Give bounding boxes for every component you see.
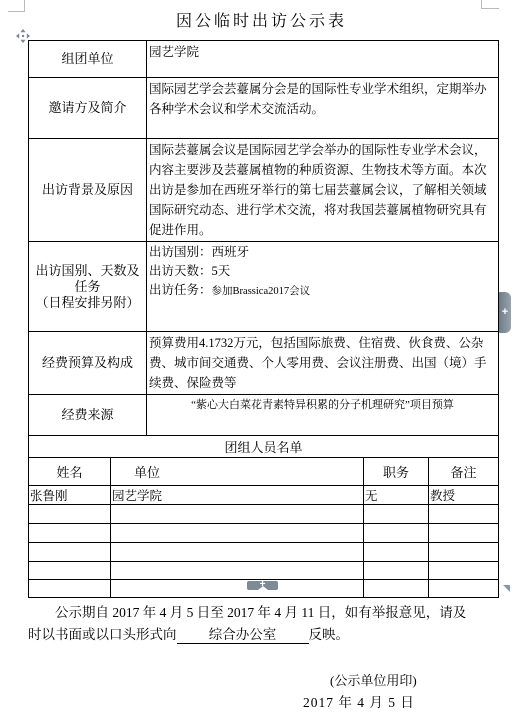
visit-value: 出访国别：西班牙 出访天数：5天 出访任务：参加Brassica2017会议: [147, 242, 499, 332]
visit-task-line: 出访任务：参加Brassica2017会议: [149, 281, 496, 301]
visit-country-label: 出访国别：: [149, 245, 212, 259]
row-background: 出访背景及原因 国际芸薹属会议是国际园艺学会举办的国际性专业学术会议，内容主要涉…: [29, 139, 499, 242]
visit-days-line: 出访天数：5天: [149, 262, 496, 281]
row-visit-details: 出访国别、天数及 任务 （日程安排另附） 出访国别：西班牙 出访天数：5天 出访…: [29, 242, 499, 332]
personnel-title: 团组人员名单: [29, 436, 499, 458]
visit-label-line2: 任务: [29, 279, 146, 295]
visit-country-value: 西班牙: [212, 245, 250, 259]
visit-task-value: 参加Brassica2017会议: [212, 286, 311, 297]
header-name: 姓名: [29, 458, 111, 486]
table-resize-handle-icon[interactable]: [503, 585, 510, 592]
empty-row: [29, 524, 499, 543]
visit-days-label: 出访天数：: [149, 264, 212, 278]
visit-label: 出访国别、天数及 任务 （日程安排另附）: [29, 242, 147, 332]
group-unit-value: 园艺学院: [147, 41, 499, 78]
person-position: 无: [364, 486, 429, 505]
document-date: 2017 年 4 月 5 日: [303, 691, 415, 711]
header-position: 职务: [364, 458, 429, 486]
funding-label: 经费来源: [29, 395, 147, 436]
budget-label: 经费预算及构成: [29, 332, 147, 395]
visit-label-line3: （日程安排另附）: [29, 295, 146, 311]
row-personnel-title: 团组人员名单: [29, 436, 499, 458]
budget-value: 预算费用4.1732万元，包括国际旅费、住宿费、伙食费、公杂费、城市间交通费、个…: [147, 332, 499, 395]
row-budget: 经费预算及构成 预算费用4.1732万元，包括国际旅费、住宿费、伙食费、公杂费、…: [29, 332, 499, 395]
document-page: 因公临时出访公示表 组团单位 园艺学院 邀请方及简介 国际园艺学会芸薹属分会是的…: [0, 0, 523, 714]
row-group-unit: 组团单位 园艺学院: [29, 41, 499, 78]
background-value: 国际芸薹属会议是国际园艺学会举办的国际性专业学术会议，内容主要涉及芸薹属植物的种…: [147, 139, 499, 242]
notice-paragraph: 公示期自 2017 年 4 月 5 日至 2017 年 4 月 11 日，如有举…: [28, 602, 496, 646]
empty-row: [29, 543, 499, 562]
notice-line2-suffix: 反映。: [309, 627, 350, 642]
group-unit-label: 组团单位: [29, 41, 147, 78]
page-title: 因公临时出访公示表: [0, 8, 523, 31]
person-unit: 园艺学院: [111, 486, 364, 505]
inviter-value: 国际园艺学会芸薹属分会是的国际性专业学术组织，定期举办各种学术会议和学术交流活动…: [147, 78, 499, 139]
empty-row: [29, 562, 499, 580]
funding-value: “紫心大白菜花青素特异积累的分子机理研究”项目预算: [147, 395, 499, 436]
person-name: 张鲁刚: [29, 486, 111, 505]
notice-line1: 公示期自 2017 年 4 月 5 日至 2017 年 4 月 11 日，如有举…: [28, 602, 496, 624]
background-label: 出访背景及原因: [29, 139, 147, 242]
visit-country-line: 出访国别：西班牙: [149, 243, 496, 262]
notice-line2-prefix: 时以书面或以口头形式向: [28, 627, 177, 642]
header-unit: 单位: [111, 458, 364, 486]
add-column-button[interactable]: +: [499, 292, 511, 333]
row-personnel-headers: 姓名 单位 职务 备注: [29, 458, 499, 486]
add-row-button[interactable]: +: [247, 581, 278, 590]
header-note: 备注: [429, 458, 499, 486]
office-blank-underline: 综合办公室: [177, 626, 309, 644]
notice-line2: 时以书面或以口头形式向综合办公室反映。: [28, 624, 496, 646]
person-note: 教授: [429, 486, 499, 505]
visit-days-value: 5天: [212, 264, 231, 278]
stamp-placeholder: (公示单位用印): [330, 670, 417, 689]
table-row: 张鲁刚 园艺学院 无 教授: [29, 486, 499, 505]
empty-row: [29, 505, 499, 524]
visit-task-label: 出访任务：: [149, 283, 212, 297]
row-inviter: 邀请方及简介 国际园艺学会芸薹属分会是的国际性专业学术组织，定期举办各种学术会议…: [29, 78, 499, 139]
row-funding: 经费来源 “紫心大白菜花青素特异积累的分子机理研究”项目预算: [29, 395, 499, 436]
visit-form-table: 组团单位 园艺学院 邀请方及简介 国际园艺学会芸薹属分会是的国际性专业学术组织，…: [28, 40, 499, 598]
add-row-notch: [258, 586, 268, 590]
inviter-label: 邀请方及简介: [29, 78, 147, 139]
visit-label-line1: 出访国别、天数及: [29, 263, 146, 279]
